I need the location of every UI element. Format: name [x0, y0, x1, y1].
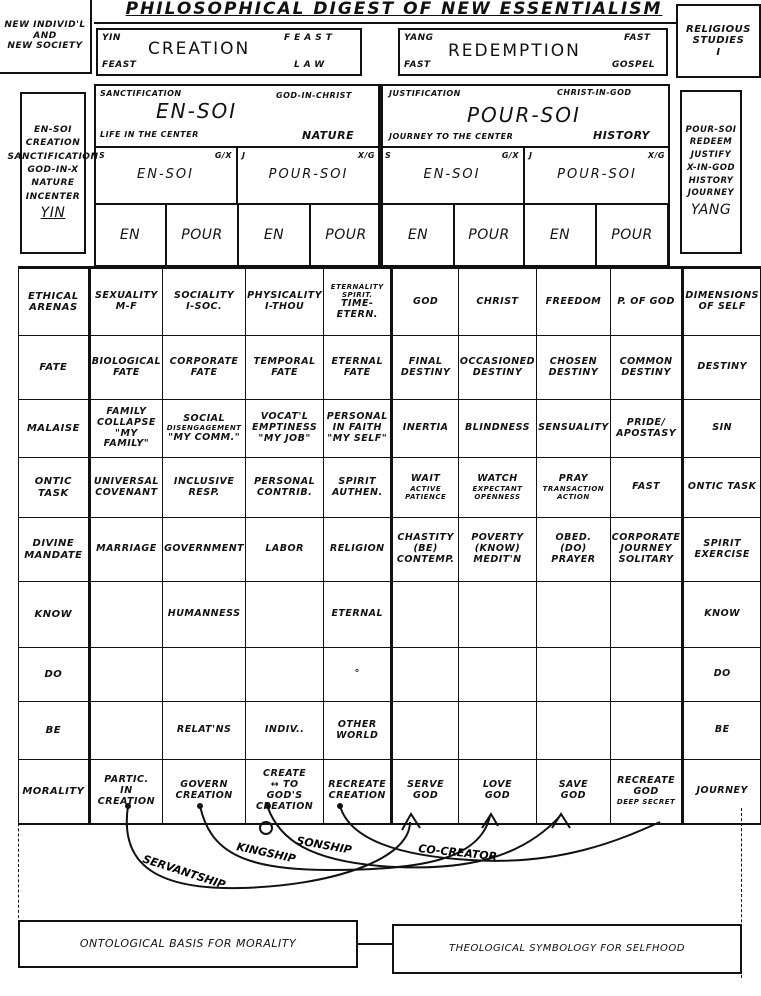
grid-cell: SENSUALITY — [537, 400, 611, 458]
grid-cell-line: WATCH — [460, 474, 535, 485]
sub-section: S G/X EN-SOI — [380, 146, 524, 204]
row-label: MALAISE — [19, 400, 90, 458]
side-box-yin: EN-SOICREATIONSANCTIFICATIONGOD-IN-XNATU… — [20, 92, 86, 254]
sub-section: J X/G POUR-SOI — [524, 146, 670, 204]
grid-cell-line: MARRIAGE — [92, 544, 161, 555]
grid-cell-line: CORPORATE — [164, 357, 244, 368]
grid-cell-line: SENSUALITY — [538, 423, 609, 434]
grid-cell-line: UNIVERSAL — [92, 477, 161, 488]
grid-cell — [458, 648, 536, 702]
grid-cell-line: GOD — [612, 787, 681, 798]
grid-cell-line: SOCIAL — [164, 414, 244, 425]
footer-connector — [358, 943, 394, 945]
grid-cell: SPIRITAUTHEN. — [324, 458, 392, 518]
grid-cell: CORPORATEFATE — [163, 336, 246, 400]
sub-section-right-tag: G/X — [215, 151, 232, 160]
grid-cell-line: "MY JOB" — [247, 434, 322, 445]
side-left-item: INCENTER — [26, 192, 80, 202]
grid-cell: CHOSENDESTINY — [537, 336, 611, 400]
column-header: POUR — [166, 204, 238, 266]
row-right-label: DO — [683, 648, 761, 702]
column-header: POUR — [310, 204, 382, 266]
grid-cell-line: AUTHEN. — [325, 488, 389, 499]
grid-cell — [392, 582, 458, 648]
grid-cell-line: BLINDNESS — [460, 423, 535, 434]
grid-cell — [610, 648, 683, 702]
grid-cell-line: APOSTASY — [612, 429, 681, 440]
arc-co-creator — [340, 806, 660, 861]
grid-cell-line: CHOSEN — [538, 357, 609, 368]
grid-cell-line: EXPECTANT OPENNESS — [460, 485, 535, 501]
grid-cell-line: INERTIA — [394, 423, 456, 434]
grid-cell-line: M-F — [92, 302, 161, 313]
sub-section: S G/X EN-SOI — [94, 146, 237, 204]
corner-right-line: STUDIES — [693, 35, 745, 47]
row-label: ETHICAL ARENAS — [19, 268, 90, 336]
banner-creation-title: CREATION — [148, 40, 250, 60]
grid-cell: VOCAT'LEMPTINESS"MY JOB" — [246, 400, 324, 458]
sub-section-right-tag: G/X — [502, 151, 519, 160]
grid-cell — [610, 582, 683, 648]
grid-cell-line: DESTINY — [460, 368, 535, 379]
sub-section-right-tag: X/G — [358, 151, 375, 160]
side-right-item: POUR-SOI — [686, 126, 737, 136]
banner-creation: YIN FEAST CREATION FEAST LAW — [96, 28, 362, 76]
grid-cell — [246, 582, 324, 648]
grid-cell-line: INDIV.. — [247, 725, 322, 736]
grid-cell: BIOLOGICALFATE — [89, 336, 162, 400]
title-underline — [94, 22, 676, 24]
grid-cell: RELAT'NS — [163, 702, 246, 760]
corner-left-box: NEW INDIVID'L AND NEW SOCIETY — [0, 0, 92, 74]
grid-cell-line: FREEDOM — [538, 297, 609, 308]
grid-cell — [610, 702, 683, 760]
grid-cell: INCLUSIVERESP. — [163, 458, 246, 518]
grid-cell: ETERNALFATE — [324, 336, 392, 400]
row-right-label: ONTIC TASK — [683, 458, 761, 518]
grid-cell: CHRIST — [458, 268, 536, 336]
grid-cell: CHASTITY(BE)CONTEMP. — [392, 518, 458, 582]
corner-left-line: AND — [33, 31, 56, 41]
banner-redemption: YANG FAST REDEMPTION FAST GOSPEL — [398, 28, 668, 76]
corner-right-box: RELIGIOUS STUDIES I — [676, 4, 761, 78]
footer-ontological-box: ONTOLOGICAL BASIS FOR MORALITY — [18, 920, 358, 968]
row-right-label: BE — [683, 702, 761, 760]
banner-fast-right: FAST — [624, 33, 651, 43]
banner-law-label: LAW — [294, 60, 328, 70]
sub-section-left-tag: S — [99, 151, 105, 160]
grid-cell-line: FAMILY — [92, 407, 161, 418]
grid-cell: SOCIALITYI-SOC. — [163, 268, 246, 336]
grid-cell-line: ETERNAL — [325, 357, 389, 368]
corner-right-line: I — [716, 47, 720, 59]
section-journey-label: JOURNEY TO THE CENTER — [389, 132, 513, 141]
grid-cell-line: COMMON — [612, 357, 681, 368]
section-justification-label: JUSTIFICATION — [389, 89, 461, 98]
sub-section-title: EN-SOI — [95, 168, 236, 183]
side-box-yang: POUR-SOIREDEEMJUSTIFYX-IN-GODHISTORYJOUR… — [680, 90, 742, 254]
row-label: DIVINE MANDATE — [19, 518, 90, 582]
grid-cell-line: OCCASIONED — [460, 357, 535, 368]
grid-cell-line: PRAYER — [538, 555, 609, 566]
banner-gospel-label: GOSPEL — [612, 60, 655, 70]
grid-cell: GOD — [392, 268, 458, 336]
grid-cell-line: BIOLOGICAL — [92, 357, 161, 368]
column-header: POUR — [596, 204, 668, 266]
section-en-soi-title: EN-SOI — [156, 100, 237, 123]
grid-cell: ° — [324, 648, 392, 702]
section-christ-in-god-label: CHRIST-IN-GOD — [557, 88, 632, 97]
grid-cell-line: FATE — [325, 368, 389, 379]
table-row: BERELAT'NSINDIV..OTHERWORLDBE — [19, 702, 761, 760]
row-label: ONTIC TASK — [19, 458, 90, 518]
banner-feast-label: FEAST — [102, 60, 136, 70]
footer-theological-label: THEOLOGICAL SYMBOLOGY FOR SELFHOOD — [449, 943, 685, 955]
grid-cell — [537, 648, 611, 702]
side-left-item: SANCTIFICATION — [8, 152, 99, 162]
grid-cell-line: PRIDE/ — [612, 418, 681, 429]
side-right-item: JOURNEY — [688, 189, 734, 199]
section-pour-soi-title: POUR-SOI — [467, 104, 581, 127]
grid-cell-line: COLLAPSE — [92, 418, 161, 429]
side-left-item: NATURE — [31, 178, 74, 188]
grid-cell: RELIGION — [324, 518, 392, 582]
grid-cell — [163, 648, 246, 702]
side-left-item: EN-SOI — [34, 125, 72, 135]
grid-cell: ETERNAL — [324, 582, 392, 648]
grid-cell-line: TEMPORAL — [247, 357, 322, 368]
grid-cell-line: RELIGION — [325, 544, 389, 555]
table-row: MALAISEFAMILYCOLLAPSE"MY FAMILY"SOCIALDI… — [19, 400, 761, 458]
grid-cell: POVERTY(KNOW)MEDIT'N — [458, 518, 536, 582]
grid-cell-line: SPIRIT — [325, 477, 389, 488]
grid-cell-line: WAIT — [394, 474, 456, 485]
section-god-in-christ-label: GOD-IN-CHRIST — [276, 91, 352, 100]
grid-cell-line: ° — [325, 669, 389, 680]
side-right-item: X-IN-GOD — [687, 164, 735, 174]
grid-cell: OTHERWORLD — [324, 702, 392, 760]
section-history-label: HISTORY — [593, 130, 650, 143]
column-header: EN — [382, 204, 454, 266]
corner-left-line: NEW INDIVID'L — [4, 20, 85, 30]
grid-cell — [458, 582, 536, 648]
grid-cell: GOVERNMENT — [163, 518, 246, 582]
table-row: ONTIC TASKUNIVERSALCOVENANTINCLUSIVERESP… — [19, 458, 761, 518]
table-row: KNOWHUMANNESSETERNALKNOW — [19, 582, 761, 648]
grid-cell-line: ACTIVE PATIENCE — [394, 485, 456, 501]
grid-cell: OCCASIONEDDESTINY — [458, 336, 536, 400]
grid-cell-line: WORLD — [325, 731, 389, 742]
grid-cell: P. OF GOD — [610, 268, 683, 336]
grid-cell-line: ETERNALITY SPIRIT. — [325, 283, 389, 299]
column-header: EN — [94, 204, 166, 266]
footer-theological-box: THEOLOGICAL SYMBOLOGY FOR SELFHOOD — [392, 924, 742, 974]
sub-section-title: POUR-SOI — [525, 168, 669, 183]
grid-cell-line: DESTINY — [612, 368, 681, 379]
banner-yin-label: YIN — [102, 33, 121, 43]
grid-cell: SOCIALDISENGAGEMENT"MY COMM." — [163, 400, 246, 458]
banner-fast-label: FAST — [404, 60, 431, 70]
grid-cell-line: RESP. — [164, 488, 244, 499]
row-label: BE — [19, 702, 90, 760]
table-row: FATEBIOLOGICALFATECORPORATEFATETEMPORALF… — [19, 336, 761, 400]
grid-cell: ETERNALITY SPIRIT.TIME-ETERN. — [324, 268, 392, 336]
grid-cell — [537, 702, 611, 760]
banner-feast-right: FEAST — [284, 33, 336, 43]
grid-cell: CORPORATEJOURNEYSOLITARY — [610, 518, 683, 582]
grid-cell: INDIV.. — [246, 702, 324, 760]
grid-cell — [458, 702, 536, 760]
grid-cell-line: COVENANT — [92, 488, 161, 499]
grid-cell-line: OTHER — [325, 720, 389, 731]
grid-cell: OBED.(DO)PRAYER — [537, 518, 611, 582]
grid-cell-line: "MY COMM." — [164, 433, 244, 444]
side-right-item: YANG — [691, 202, 731, 218]
column-header: EN — [524, 204, 596, 266]
table-row: DIVINE MANDATEMARRIAGEGOVERNMENTLABORREL… — [19, 518, 761, 582]
grid-cell: PHYSICALITYI-THOU — [246, 268, 324, 336]
side-left-item: GOD-IN-X — [27, 165, 78, 175]
grid-cell-line: TRANSACTION ACTION — [538, 485, 609, 501]
banner-redemption-title: REDEMPTION — [448, 42, 581, 62]
corner-right-line: RELIGIOUS — [686, 24, 751, 36]
grid-cell-line: FAST — [612, 482, 681, 493]
grid-cell-line: TIME-ETERN. — [325, 299, 389, 321]
section-nature-label: NATURE — [302, 130, 354, 143]
sub-section-left-tag: S — [385, 151, 391, 160]
row-right-label: SPIRIT EXERCISE — [683, 518, 761, 582]
column-header: POUR — [454, 204, 524, 266]
corner-left-line: NEW SOCIETY — [7, 41, 82, 51]
grid-cell: PRAYTRANSACTION ACTION — [537, 458, 611, 518]
side-right-item: HISTORY — [689, 177, 734, 187]
row-right-label: DIMENSIONS OF SELF — [683, 268, 761, 336]
grid-cell-line: LABOR — [247, 544, 322, 555]
sub-section-left-tag: J — [529, 151, 532, 160]
grid-cell: HUMANNESS — [163, 582, 246, 648]
arc-label-kingship: KINGSHIP — [235, 840, 297, 865]
side-right-item: REDEEM — [690, 138, 732, 148]
page-title: PHILOSOPHICAL DIGEST OF NEW ESSENTIALISM — [118, 0, 670, 22]
grid-cell-line: GOD — [394, 297, 456, 308]
grid-cell-line: "MY SELF" — [325, 434, 389, 445]
grid-cell — [246, 648, 324, 702]
grid-cell — [89, 702, 162, 760]
sub-section-title: POUR-SOI — [238, 168, 379, 183]
circle-marker — [260, 822, 272, 834]
row-label: KNOW — [19, 582, 90, 648]
grid-cell: COMMONDESTINY — [610, 336, 683, 400]
grid-cell: SEXUALITYM-F — [89, 268, 162, 336]
grid-cell — [89, 648, 162, 702]
grid-cell-line: CONTRIB. — [247, 488, 322, 499]
grid-cell-line: SOLITARY — [612, 555, 681, 566]
sub-section-left-tag: J — [242, 151, 245, 160]
row-label: DO — [19, 648, 90, 702]
grid-cell-line: MEDIT'N — [460, 555, 535, 566]
grid-cell-line: FINAL — [394, 357, 456, 368]
grid-cell-line: FATE — [164, 368, 244, 379]
grid-cell-line: DESTINY — [394, 368, 456, 379]
row-right-label: KNOW — [683, 582, 761, 648]
grid-cell: FAST — [610, 458, 683, 518]
grid-cell-line: P. OF GOD — [612, 297, 681, 308]
footer-ontological-label: ONTOLOGICAL BASIS FOR MORALITY — [80, 938, 296, 951]
grid-cell — [392, 702, 458, 760]
grid-cell: PERSONALCONTRIB. — [246, 458, 324, 518]
grid-cell: WAITACTIVE PATIENCE — [392, 458, 458, 518]
table-row: DO°DO — [19, 648, 761, 702]
grid-cell: FREEDOM — [537, 268, 611, 336]
section-life-label: LIFE IN THE CENTER — [100, 130, 199, 139]
grid-cell-line: "MY FAMILY" — [92, 429, 161, 451]
grid-cell-line: FATE — [247, 368, 322, 379]
grid-cell-line: INCLUSIVE — [164, 477, 244, 488]
grid-cell-line: I-SOC. — [164, 302, 244, 313]
side-right-item: JUSTIFY — [691, 151, 732, 161]
grid-cell — [89, 582, 162, 648]
grid-cell: PERSONALIN FAITH"MY SELF" — [324, 400, 392, 458]
grid-cell-line: PRAY — [538, 474, 609, 485]
section-sanctification-label: SANCTIFICATION — [100, 89, 182, 98]
side-left-item: CREATION — [26, 138, 80, 148]
arc-label-sonship: SONSHIP — [295, 834, 352, 856]
grid-cell: BLINDNESS — [458, 400, 536, 458]
grid-cell — [537, 582, 611, 648]
table-row: ETHICAL ARENASSEXUALITYM-FSOCIALITYI-SOC… — [19, 268, 761, 336]
grid-cell: LABOR — [246, 518, 324, 582]
grid-cell-line: RELAT'NS — [164, 725, 244, 736]
sub-section-right-tag: X/G — [648, 151, 665, 160]
footer-left-rule — [18, 808, 20, 918]
grid-cell-line: GOVERNMENT — [164, 544, 244, 555]
grid-cell-line: ETERNAL — [325, 609, 389, 620]
sub-section: J X/G POUR-SOI — [237, 146, 380, 204]
grid-cell: WATCHEXPECTANT OPENNESS — [458, 458, 536, 518]
relationship-arcs: SERVANTSHIP KINGSHIP SONSHIP CO-CREATOR — [0, 800, 761, 910]
main-grid: ETHICAL ARENASSEXUALITYM-FSOCIALITYI-SOC… — [18, 266, 761, 825]
grid-cell — [392, 648, 458, 702]
grid-cell-line: I-THOU — [247, 302, 322, 313]
grid-cell: INERTIA — [392, 400, 458, 458]
grid-cell: PRIDE/APOSTASY — [610, 400, 683, 458]
row-right-label: DESTINY — [683, 336, 761, 400]
grid-cell-line: DESTINY — [538, 368, 609, 379]
banner-yang-label: YANG — [404, 33, 434, 43]
row-label: FATE — [19, 336, 90, 400]
row-right-label: SIN — [683, 400, 761, 458]
grid-cell: FAMILYCOLLAPSE"MY FAMILY" — [89, 400, 162, 458]
sub-section-title: EN-SOI — [381, 168, 523, 183]
grid-cell-line: HUMANNESS — [164, 609, 244, 620]
grid-cell: FINALDESTINY — [392, 336, 458, 400]
grid-cell-line: FATE — [92, 368, 161, 379]
grid-cell: TEMPORALFATE — [246, 336, 324, 400]
grid-cell: MARRIAGE — [89, 518, 162, 582]
grid-cell-line: CHRIST — [460, 297, 535, 308]
grid-cell-line: CONTEMP. — [394, 555, 456, 566]
grid-cell: UNIVERSALCOVENANT — [89, 458, 162, 518]
column-header: EN — [238, 204, 310, 266]
side-left-item: YIN — [41, 205, 66, 221]
grid-cell-line: PERSONAL — [247, 477, 322, 488]
